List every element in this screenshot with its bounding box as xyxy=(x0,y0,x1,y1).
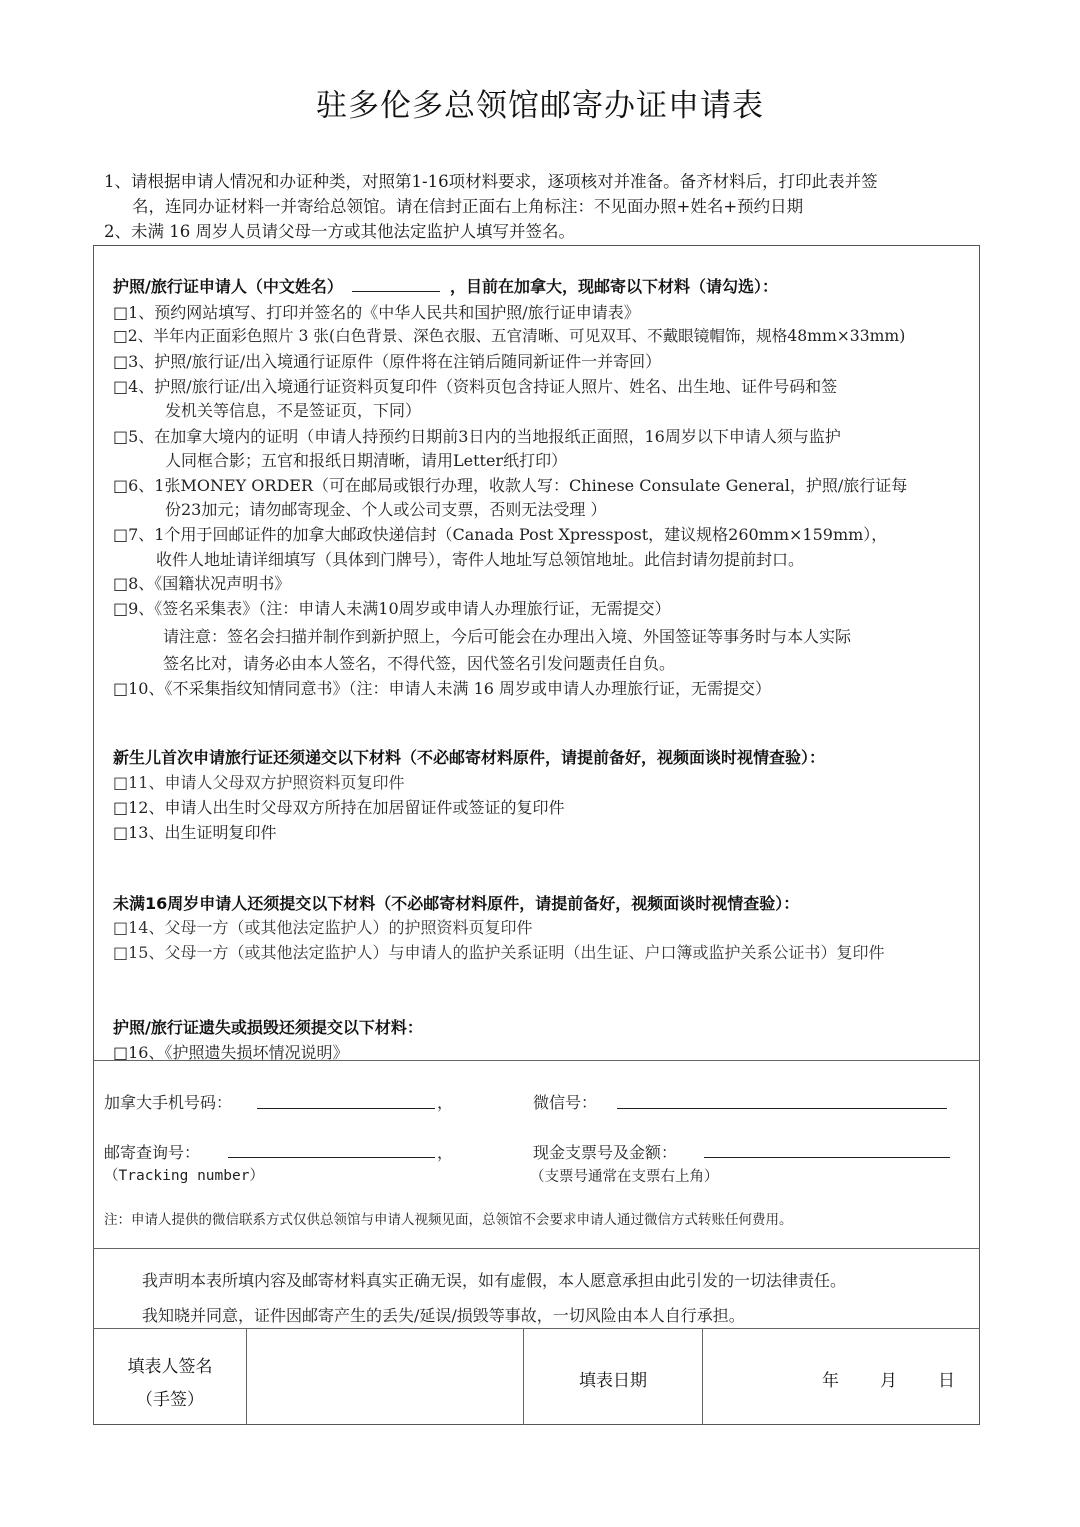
tracking-comma: ， xyxy=(437,1140,453,1163)
sig-col-divider-1 xyxy=(246,1328,247,1425)
checklist-item-8[interactable]: □8、《国籍状况声明书》 xyxy=(113,571,290,594)
wechat-label: 微信号： xyxy=(533,1090,597,1113)
checklist-item-5[interactable]: □5、在加拿大境内的证明（申请人持预约日期前3日内的当地报纸正面照，16周岁以下… xyxy=(113,424,841,447)
applicant-name-field[interactable] xyxy=(352,277,440,292)
tracking-field[interactable] xyxy=(228,1143,435,1158)
checklist-item-7[interactable]: □7、1个用于回邮证件的加拿大邮政快递信封（Canada Post Xpress… xyxy=(113,522,887,545)
checklist-item-10[interactable]: □10、《不采集指纹知情同意书》（注：申请人未满 16 周岁或申请人办理旅行证，… xyxy=(113,676,771,699)
section2-heading: 新生儿首次申请旅行证还须递交以下材料（不必邮寄材料原件，请提前备好，视频面谈时视… xyxy=(113,745,825,768)
wechat-field[interactable] xyxy=(617,1094,947,1109)
checklist-item-15[interactable]: □15、父母一方（或其他法定监护人）与申请人的监护关系证明（出生证、户口簿或监护… xyxy=(113,940,884,963)
tracking-label: 邮寄查询号： xyxy=(104,1140,200,1163)
date-label: 填表日期 xyxy=(524,1366,702,1391)
checklist-item-7-cont: 收件人地址请详细填写（具体到门牌号），寄件人地址写总领馆地址。此信封请勿提前封口… xyxy=(156,547,804,570)
section1-heading: 护照/旅行证申请人（中文姓名） ，目前在加拿大，现邮寄以下材料（请勾选）： xyxy=(113,274,778,297)
checklist-item-9[interactable]: □9、《签名采集表》（注：申请人未满10周岁或申请人办理旅行证，无需提交） xyxy=(113,596,671,619)
signer-label-handwritten: （手签） xyxy=(94,1385,246,1410)
checklist-item-3[interactable]: □3、护照/旅行证/出入境通行证原件（原件将在注销后随同新证件一并寄回） xyxy=(113,349,661,372)
phone-label: 加拿大手机号码： xyxy=(104,1090,232,1113)
checklist-item-1[interactable]: □1、预约网站填写、打印并签名的《中华人民共和国护照/旅行证申请表》 xyxy=(113,300,640,323)
checklist-item-4[interactable]: □4、护照/旅行证/出入境通行证资料页复印件（资料页包含持证人照片、姓名、出生地… xyxy=(113,374,837,397)
cheque-field[interactable] xyxy=(704,1143,950,1158)
sig-col-divider-3 xyxy=(702,1328,703,1425)
instruction-line-1-cont: 名，连同办证材料一并寄给总领馆。请在信封正面右上角标注：不见面办照+姓名+预约日… xyxy=(132,193,803,217)
checklist-item-12[interactable]: □12、申请人出生时父母双方所持在加居留证件或签证的复印件 xyxy=(113,795,564,818)
section1-heading-prefix: 护照/旅行证申请人（中文姓名） xyxy=(113,277,343,296)
checklist-item-9-note-cont: 签名比对，请务必由本人签名，不得代签，因代签名引发问题责任自负。 xyxy=(163,651,675,674)
form-title: 驻多伦多总领馆邮寄办证申请表 xyxy=(0,80,1080,125)
checklist-item-6-cont: 份23加元；请勿邮寄现金、个人或公司支票，否则无法受理 ） xyxy=(165,497,606,520)
signature-field[interactable] xyxy=(248,1330,522,1424)
section4-heading: 护照/旅行证遗失或损毁还须提交以下材料： xyxy=(113,1015,423,1038)
checklist-item-6[interactable]: □6、1张MONEY ORDER（可在邮局或银行办理，收款人写：Chinese … xyxy=(113,473,907,496)
instruction-line-1: 1、请根据申请人情况和办证种类，对照第1-16项材料要求，逐项核对并准备。备齐材… xyxy=(104,168,878,192)
declaration-line-2: 我知晓并同意，证件因邮寄产生的丢失/延误/损毁等事故，一切风险由本人自行承担。 xyxy=(142,1303,745,1326)
cheque-sublabel: （支票号通常在支票右上角） xyxy=(530,1165,719,1186)
month-label: 月 xyxy=(880,1366,897,1391)
phone-comma: ， xyxy=(437,1090,453,1113)
tracking-sublabel: （Tracking number） xyxy=(104,1164,264,1185)
section3-heading: 未满16周岁申请人还须提交以下材料（不必邮寄材料原件，请提前备好，视频面谈时视情… xyxy=(113,891,799,914)
day-label: 日 xyxy=(938,1366,955,1391)
wechat-note: 注：申请人提供的微信联系方式仅供总领馆与申请人视频见面，总领馆不会要求申请人通过… xyxy=(104,1208,793,1228)
divider-signature xyxy=(93,1328,980,1329)
checklist-item-2[interactable]: □2、半年内正面彩色照片 3 张(白色背景、深色衣服、五官清晰、可见双耳、不戴眼… xyxy=(113,324,905,346)
declaration-line-1: 我声明本表所填内容及邮寄材料真实正确无误，如有虚假，本人愿意承担由此引发的一切法… xyxy=(142,1268,846,1291)
checklist-item-9-note: 请注意：签名会扫描并制作到新护照上，今后可能会在办理出入境、外国签证等事务时与本… xyxy=(163,624,851,647)
cheque-label: 现金支票号及金额： xyxy=(533,1140,677,1163)
divider-declaration xyxy=(93,1248,980,1249)
checklist-item-11[interactable]: □11、申请人父母双方护照资料页复印件 xyxy=(113,770,404,793)
phone-field[interactable] xyxy=(257,1094,435,1109)
checklist-item-5-cont: 人同框合影；五官和报纸日期清晰，请用Letter纸打印） xyxy=(165,448,567,471)
signer-label: 填表人签名 xyxy=(94,1352,246,1377)
checklist-item-14[interactable]: □14、父母一方（或其他法定监护人）的护照资料页复印件 xyxy=(113,915,532,938)
section1-heading-suffix: ，目前在加拿大，现邮寄以下材料（请勾选）： xyxy=(450,277,778,296)
checklist-item-4-cont: 发机关等信息，不是签证页，下同） xyxy=(165,398,421,421)
checklist-item-16[interactable]: □16、《护照遗失损坏情况说明》 xyxy=(113,1040,348,1063)
year-label: 年 xyxy=(822,1366,839,1391)
instruction-line-2: 2、未满 16 周岁人员请父母一方或其他法定监护人填写并签名。 xyxy=(104,218,575,242)
checklist-item-13[interactable]: □13、出生证明复印件 xyxy=(113,820,276,843)
